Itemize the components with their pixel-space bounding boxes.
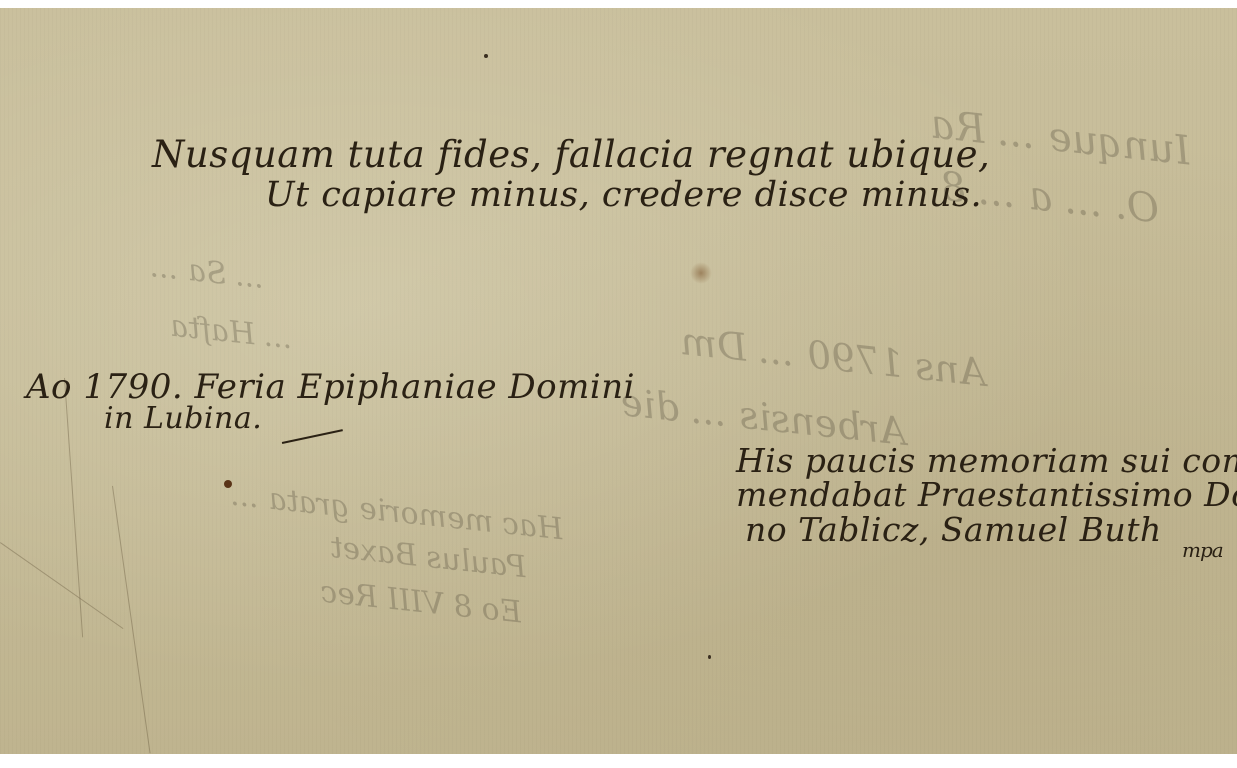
- foxing-spot: [690, 262, 712, 284]
- bleed-through-lower-3: Eo 8 VIII Rec: [319, 578, 523, 629]
- dust-dot: [484, 54, 488, 58]
- motto-line-2: Ut capiare minus, credere disce minus.: [265, 178, 982, 213]
- dedication-line-2: mendabat Praestantissimo Domi: [736, 478, 1237, 511]
- dust-dot: [708, 655, 711, 659]
- dedication-line-3: no Tablicz, Samuel Buth: [745, 513, 1162, 546]
- bleed-through-left-1: ... Sa ...: [149, 252, 266, 294]
- dateline-line-2: in Lubina.: [104, 404, 262, 434]
- motto-line-1: Nusquam tuta fides, fallacia regnat ubiq…: [152, 136, 990, 173]
- paper-crease: [112, 486, 151, 754]
- dateline-underline: [282, 429, 343, 443]
- bleed-through-left-2: ... Hafta: [169, 312, 295, 355]
- ink-spot: [224, 480, 232, 488]
- dateline-line-1: Ao 1790. Feria Epiphaniae Domini: [26, 370, 635, 404]
- manuscript-page: Iunque ... Ra O. ... a ... 8 Ans 1790 ..…: [0, 8, 1237, 754]
- bleed-through-upper-right-3: Ans 1790 ... Dm: [679, 322, 988, 392]
- signature-flourish: mpa: [1182, 540, 1223, 560]
- paper-crease: [0, 542, 123, 629]
- dedication-line-1: His paucis memoriam sui com: [736, 444, 1237, 477]
